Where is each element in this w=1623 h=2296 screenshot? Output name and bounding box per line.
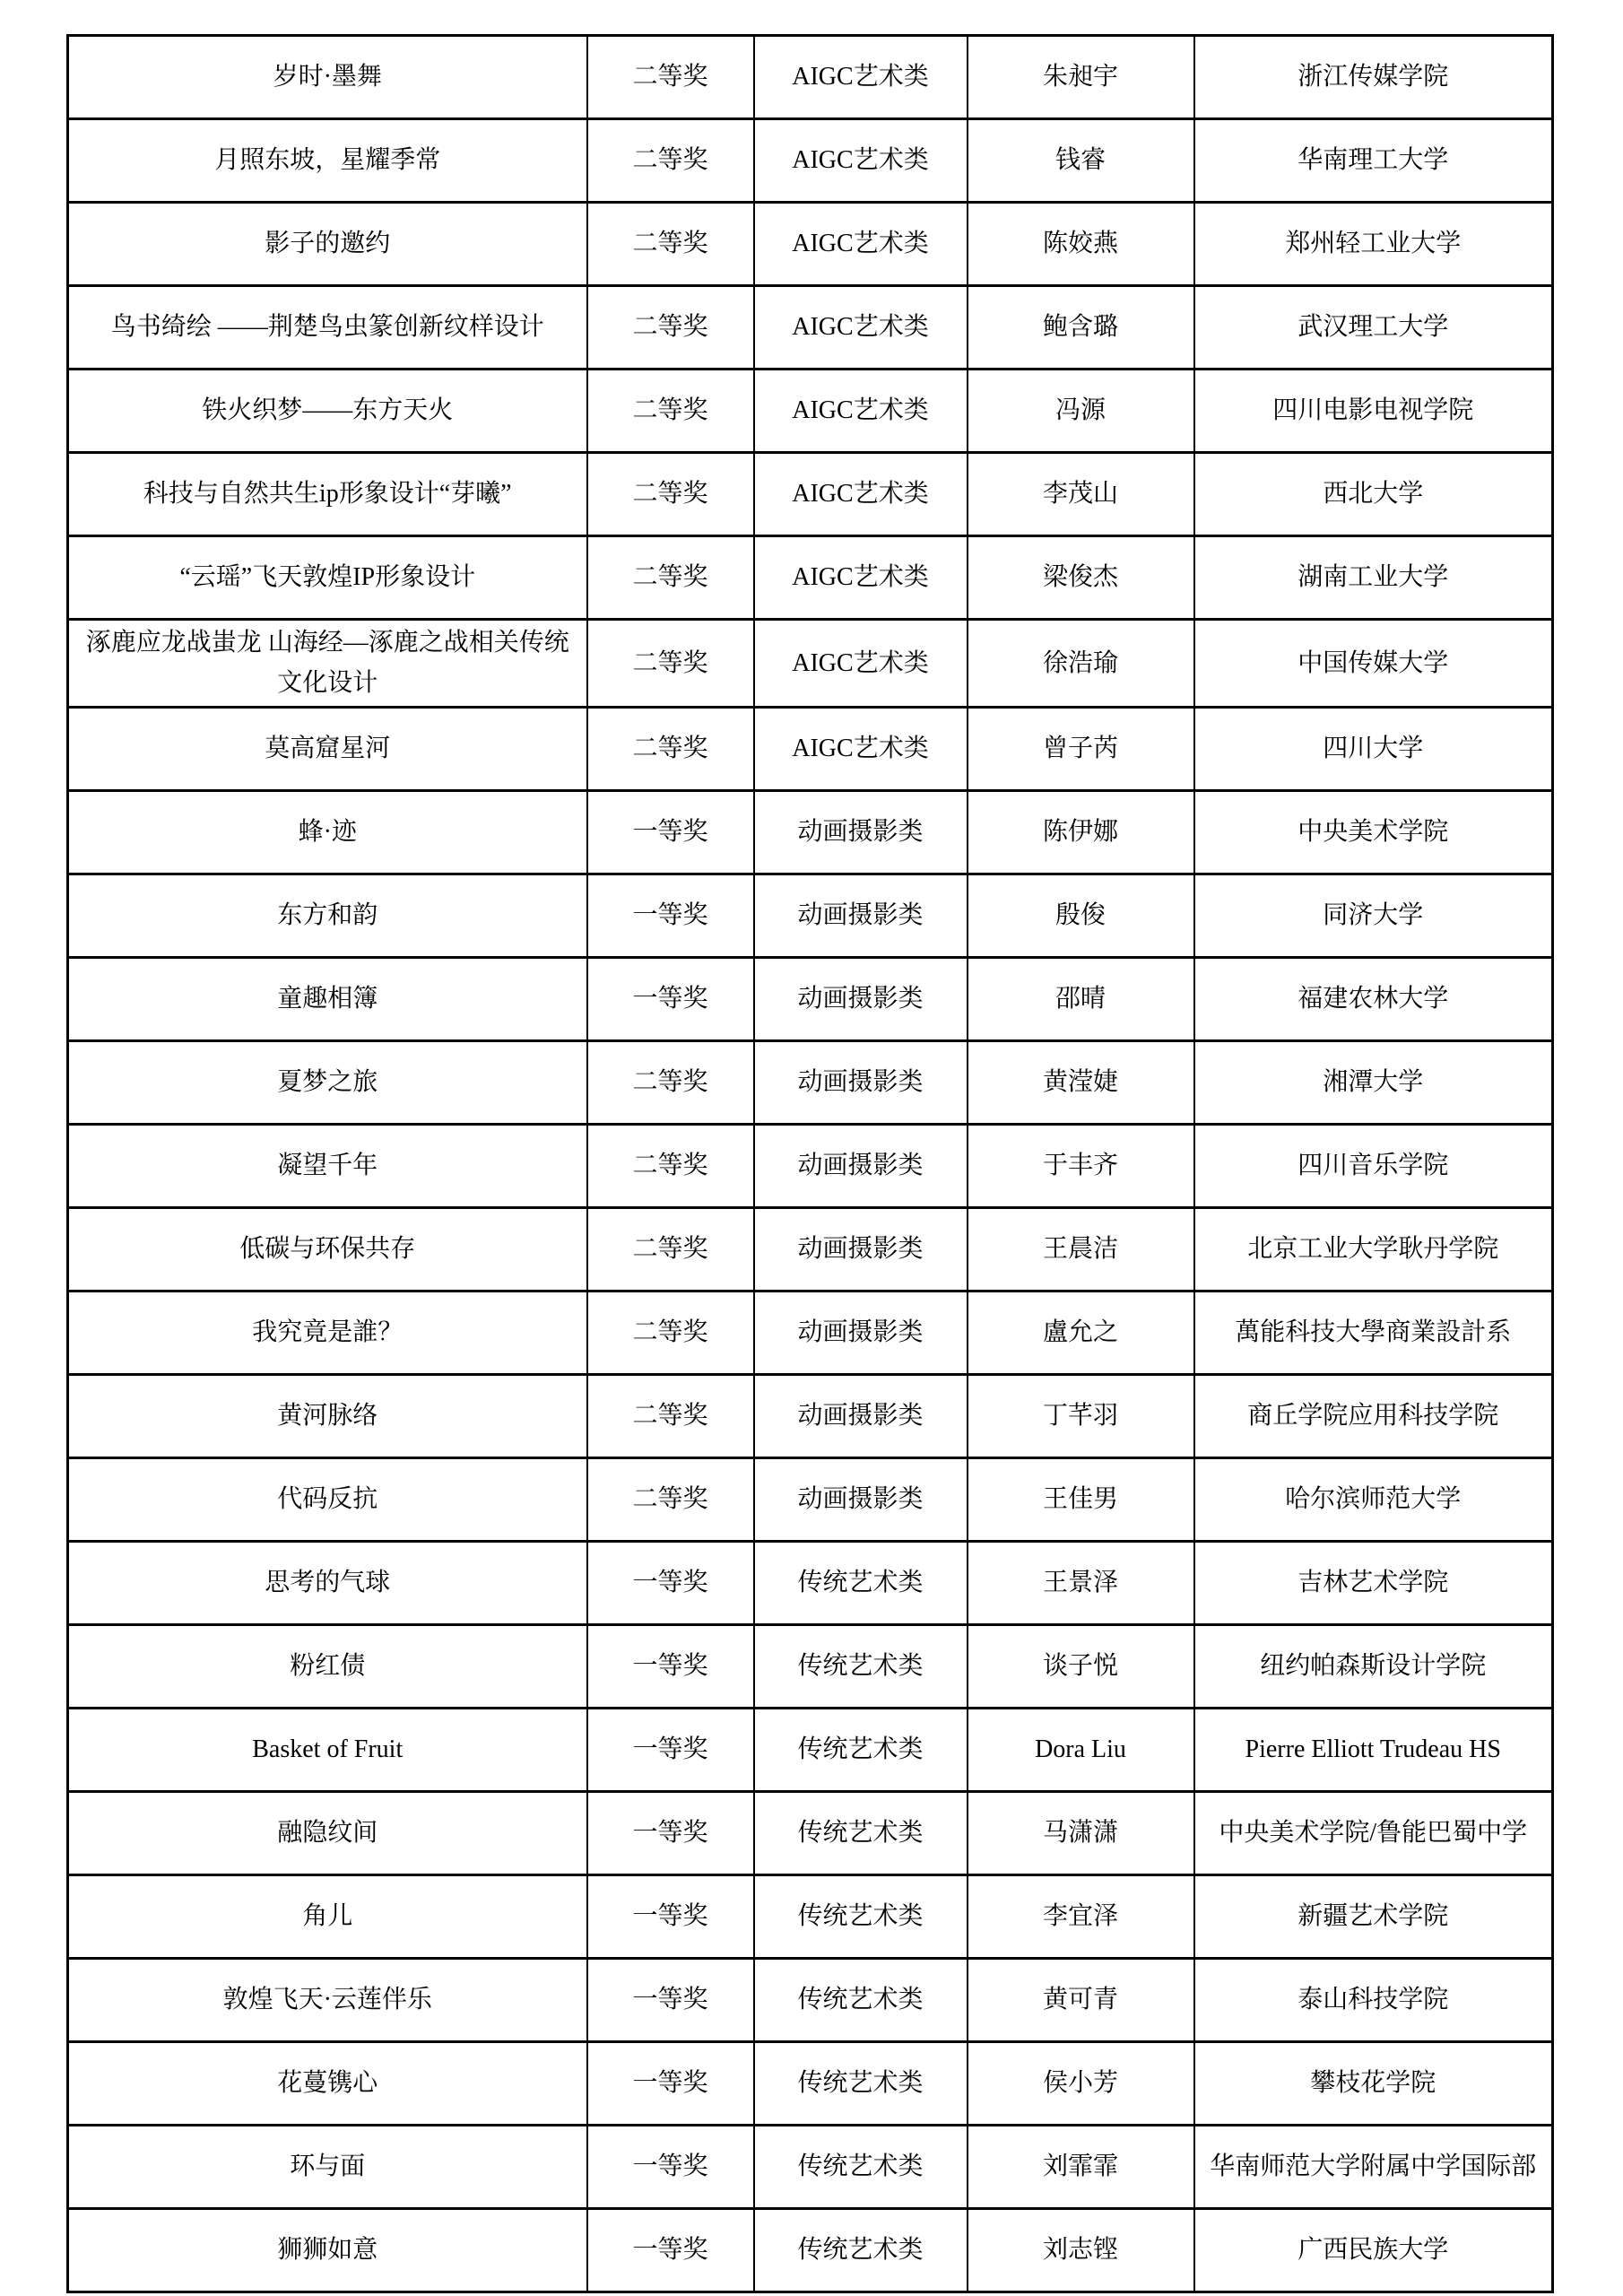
table-row: 科技与自然共生ip形象设计“芽曦” 二等奖 AIGC艺术类 李茂山 西北大学 [68, 453, 1553, 536]
work-title-cell: Basket of Fruit [68, 1708, 587, 1791]
work-title-cell: “云瑶”飞天敦煌IP形象设计 [68, 536, 587, 620]
award-level-cell: 一等奖 [587, 2125, 754, 2208]
category-cell: 动画摄影类 [754, 1207, 968, 1291]
award-level-cell: 一等奖 [587, 1624, 754, 1708]
author-cell: Dora Liu [968, 1708, 1194, 1791]
table-row: 环与面 一等奖 传统艺术类 刘霏霏 华南师范大学附属中学国际部 [68, 2125, 1553, 2208]
category-cell: 动画摄影类 [754, 1291, 968, 1374]
author-cell: 陈伊娜 [968, 790, 1194, 874]
school-cell: 郑州轻工业大学 [1194, 203, 1553, 286]
awards-table: 岁时·墨舞 二等奖 AIGC艺术类 朱昶宇 浙江传媒学院 月照东坡，星耀季常 二… [66, 34, 1554, 2293]
category-cell: 传统艺术类 [754, 1624, 968, 1708]
category-cell: AIGC艺术类 [754, 286, 968, 370]
work-title-cell: 影子的邀约 [68, 203, 587, 286]
table-row: 童趣相簿 一等奖 动画摄影类 邵晴 福建农林大学 [68, 957, 1553, 1040]
category-cell: 动画摄影类 [754, 1457, 968, 1541]
category-cell: AIGC艺术类 [754, 536, 968, 620]
work-title-cell: 铁火织梦——东方天火 [68, 370, 587, 453]
author-cell: 刘霏霏 [968, 2125, 1194, 2208]
work-title-cell: 环与面 [68, 2125, 587, 2208]
category-cell: 传统艺术类 [754, 1958, 968, 2041]
award-level-cell: 二等奖 [587, 1374, 754, 1457]
award-level-cell: 一等奖 [587, 1708, 754, 1791]
school-cell: 四川电影电视学院 [1194, 370, 1553, 453]
category-cell: AIGC艺术类 [754, 707, 968, 790]
table-row: 月照东坡，星耀季常 二等奖 AIGC艺术类 钱睿 华南理工大学 [68, 119, 1553, 203]
category-cell: 动画摄影类 [754, 1374, 968, 1457]
work-title-cell: 花蔓镌心 [68, 2041, 587, 2125]
award-level-cell: 二等奖 [587, 1457, 754, 1541]
work-title-cell: 月照东坡，星耀季常 [68, 119, 587, 203]
author-cell: 钱睿 [968, 119, 1194, 203]
category-cell: AIGC艺术类 [754, 203, 968, 286]
category-cell: 动画摄影类 [754, 790, 968, 874]
table-row: 莫高窟星河 二等奖 AIGC艺术类 曾子芮 四川大学 [68, 707, 1553, 790]
author-cell: 马潇潇 [968, 1791, 1194, 1874]
school-cell: 武汉理工大学 [1194, 286, 1553, 370]
award-level-cell: 一等奖 [587, 2041, 754, 2125]
table-row: 花蔓镌心 一等奖 传统艺术类 侯小芳 攀枝花学院 [68, 2041, 1553, 2125]
author-cell: 冯源 [968, 370, 1194, 453]
table-row: 狮狮如意 一等奖 传统艺术类 刘志铿 广西民族大学 [68, 2208, 1553, 2292]
award-level-cell: 二等奖 [587, 119, 754, 203]
school-cell: Pierre Elliott Trudeau HS [1194, 1708, 1553, 1791]
school-cell: 商丘学院应用科技学院 [1194, 1374, 1553, 1457]
work-title-cell: 融隐纹间 [68, 1791, 587, 1874]
school-cell: 北京工业大学耿丹学院 [1194, 1207, 1553, 1291]
award-level-cell: 二等奖 [587, 203, 754, 286]
school-cell: 浙江传媒学院 [1194, 36, 1553, 119]
award-level-cell: 二等奖 [587, 536, 754, 620]
category-cell: AIGC艺术类 [754, 36, 968, 119]
author-cell: 侯小芳 [968, 2041, 1194, 2125]
work-title-cell: 涿鹿应龙战蚩龙 山海经—涿鹿之战相关传统文化设计 [68, 620, 587, 708]
award-level-cell: 二等奖 [587, 453, 754, 536]
table-row: 蜂·迹 一等奖 动画摄影类 陈伊娜 中央美术学院 [68, 790, 1553, 874]
award-level-cell: 一等奖 [587, 1874, 754, 1958]
work-title-cell: 狮狮如意 [68, 2208, 587, 2292]
author-cell: 盧允之 [968, 1291, 1194, 1374]
table-row: 代码反抗 二等奖 动画摄影类 王佳男 哈尔滨师范大学 [68, 1457, 1553, 1541]
author-cell: 王佳男 [968, 1457, 1194, 1541]
award-level-cell: 二等奖 [587, 1124, 754, 1207]
table-row: “云瑶”飞天敦煌IP形象设计 二等奖 AIGC艺术类 梁俊杰 湖南工业大学 [68, 536, 1553, 620]
table-row: 敦煌飞天·云莲伴乐 一等奖 传统艺术类 黄可青 泰山科技学院 [68, 1958, 1553, 2041]
table-row: 鸟书绮绘 ——荆楚鸟虫篆创新纹样设计 二等奖 AIGC艺术类 鲍含璐 武汉理工大… [68, 286, 1553, 370]
award-level-cell: 一等奖 [587, 1958, 754, 2041]
award-level-cell: 一等奖 [587, 2208, 754, 2292]
author-cell: 于丰齐 [968, 1124, 1194, 1207]
school-cell: 萬能科技大學商業設計系 [1194, 1291, 1553, 1374]
category-cell: 动画摄影类 [754, 1124, 968, 1207]
author-cell: 王景泽 [968, 1541, 1194, 1624]
award-level-cell: 二等奖 [587, 370, 754, 453]
award-level-cell: 一等奖 [587, 1541, 754, 1624]
category-cell: 动画摄影类 [754, 957, 968, 1040]
work-title-cell: 童趣相簿 [68, 957, 587, 1040]
school-cell: 四川大学 [1194, 707, 1553, 790]
category-cell: AIGC艺术类 [754, 453, 968, 536]
category-cell: 传统艺术类 [754, 1708, 968, 1791]
author-cell: 徐浩瑜 [968, 620, 1194, 708]
work-title-cell: 科技与自然共生ip形象设计“芽曦” [68, 453, 587, 536]
school-cell: 新疆艺术学院 [1194, 1874, 1553, 1958]
category-cell: 动画摄影类 [754, 874, 968, 957]
award-level-cell: 一等奖 [587, 957, 754, 1040]
author-cell: 李茂山 [968, 453, 1194, 536]
school-cell: 中央美术学院/鲁能巴蜀中学 [1194, 1791, 1553, 1874]
table-row: 岁时·墨舞 二等奖 AIGC艺术类 朱昶宇 浙江传媒学院 [68, 36, 1553, 119]
work-title-cell: 粉红债 [68, 1624, 587, 1708]
category-cell: AIGC艺术类 [754, 620, 968, 708]
category-cell: 动画摄影类 [754, 1040, 968, 1124]
table-row: 影子的邀约 二等奖 AIGC艺术类 陈姣燕 郑州轻工业大学 [68, 203, 1553, 286]
table-row: 铁火织梦——东方天火 二等奖 AIGC艺术类 冯源 四川电影电视学院 [68, 370, 1553, 453]
author-cell: 曾子芮 [968, 707, 1194, 790]
author-cell: 黄滢婕 [968, 1040, 1194, 1124]
table-row: 融隐纹间 一等奖 传统艺术类 马潇潇 中央美术学院/鲁能巴蜀中学 [68, 1791, 1553, 1874]
award-level-cell: 二等奖 [587, 1040, 754, 1124]
category-cell: 传统艺术类 [754, 2125, 968, 2208]
school-cell: 湖南工业大学 [1194, 536, 1553, 620]
school-cell: 纽约帕森斯设计学院 [1194, 1624, 1553, 1708]
school-cell: 广西民族大学 [1194, 2208, 1553, 2292]
table-row: 思考的气球 一等奖 传统艺术类 王景泽 吉林艺术学院 [68, 1541, 1553, 1624]
author-cell: 邵晴 [968, 957, 1194, 1040]
award-level-cell: 二等奖 [587, 36, 754, 119]
table-row: 低碳与环保共存 二等奖 动画摄影类 王晨洁 北京工业大学耿丹学院 [68, 1207, 1553, 1291]
table-row: 我究竟是誰？ 二等奖 动画摄影类 盧允之 萬能科技大學商業設計系 [68, 1291, 1553, 1374]
category-cell: 传统艺术类 [754, 2208, 968, 2292]
work-title-cell: 代码反抗 [68, 1457, 587, 1541]
author-cell: 丁芊羽 [968, 1374, 1194, 1457]
work-title-cell: 黄河脉络 [68, 1374, 587, 1457]
work-title-cell: 敦煌飞天·云莲伴乐 [68, 1958, 587, 2041]
table-row: 黄河脉络 二等奖 动画摄影类 丁芊羽 商丘学院应用科技学院 [68, 1374, 1553, 1457]
category-cell: AIGC艺术类 [754, 370, 968, 453]
school-cell: 福建农林大学 [1194, 957, 1553, 1040]
work-title-cell: 角儿 [68, 1874, 587, 1958]
category-cell: 传统艺术类 [754, 1874, 968, 1958]
school-cell: 泰山科技学院 [1194, 1958, 1553, 2041]
award-level-cell: 二等奖 [587, 1291, 754, 1374]
school-cell: 中央美术学院 [1194, 790, 1553, 874]
table-row: 角儿 一等奖 传统艺术类 李宜泽 新疆艺术学院 [68, 1874, 1553, 1958]
school-cell: 西北大学 [1194, 453, 1553, 536]
author-cell: 黄可青 [968, 1958, 1194, 2041]
work-title-cell: 思考的气球 [68, 1541, 587, 1624]
table-row: 粉红债 一等奖 传统艺术类 谈子悦 纽约帕森斯设计学院 [68, 1624, 1553, 1708]
work-title-cell: 我究竟是誰？ [68, 1291, 587, 1374]
award-level-cell: 二等奖 [587, 707, 754, 790]
category-cell: 传统艺术类 [754, 2041, 968, 2125]
school-cell: 吉林艺术学院 [1194, 1541, 1553, 1624]
work-title-cell: 莫高窟星河 [68, 707, 587, 790]
award-level-cell: 一等奖 [587, 790, 754, 874]
author-cell: 王晨洁 [968, 1207, 1194, 1291]
document-page: 岁时·墨舞 二等奖 AIGC艺术类 朱昶宇 浙江传媒学院 月照东坡，星耀季常 二… [0, 0, 1623, 2296]
award-level-cell: 二等奖 [587, 286, 754, 370]
category-cell: 传统艺术类 [754, 1791, 968, 1874]
author-cell: 谈子悦 [968, 1624, 1194, 1708]
awards-table-body: 岁时·墨舞 二等奖 AIGC艺术类 朱昶宇 浙江传媒学院 月照东坡，星耀季常 二… [68, 36, 1553, 2292]
work-title-cell: 夏梦之旅 [68, 1040, 587, 1124]
school-cell: 华南理工大学 [1194, 119, 1553, 203]
author-cell: 殷俊 [968, 874, 1194, 957]
school-cell: 哈尔滨师范大学 [1194, 1457, 1553, 1541]
school-cell: 同济大学 [1194, 874, 1553, 957]
work-title-cell: 东方和韵 [68, 874, 587, 957]
author-cell: 鲍含璐 [968, 286, 1194, 370]
work-title-cell: 鸟书绮绘 ——荆楚鸟虫篆创新纹样设计 [68, 286, 587, 370]
table-row: 夏梦之旅 二等奖 动画摄影类 黄滢婕 湘潭大学 [68, 1040, 1553, 1124]
author-cell: 李宜泽 [968, 1874, 1194, 1958]
table-row: 涿鹿应龙战蚩龙 山海经—涿鹿之战相关传统文化设计 二等奖 AIGC艺术类 徐浩瑜… [68, 620, 1553, 708]
author-cell: 刘志铿 [968, 2208, 1194, 2292]
table-row: 凝望千年 二等奖 动画摄影类 于丰齐 四川音乐学院 [68, 1124, 1553, 1207]
school-cell: 湘潭大学 [1194, 1040, 1553, 1124]
table-row: 东方和韵 一等奖 动画摄影类 殷俊 同济大学 [68, 874, 1553, 957]
work-title-cell: 蜂·迹 [68, 790, 587, 874]
author-cell: 朱昶宇 [968, 36, 1194, 119]
category-cell: 传统艺术类 [754, 1541, 968, 1624]
table-row: Basket of Fruit 一等奖 传统艺术类 Dora Liu Pierr… [68, 1708, 1553, 1791]
work-title-cell: 岁时·墨舞 [68, 36, 587, 119]
award-level-cell: 一等奖 [587, 874, 754, 957]
award-level-cell: 一等奖 [587, 1791, 754, 1874]
category-cell: AIGC艺术类 [754, 119, 968, 203]
work-title-cell: 低碳与环保共存 [68, 1207, 587, 1291]
author-cell: 陈姣燕 [968, 203, 1194, 286]
school-cell: 中国传媒大学 [1194, 620, 1553, 708]
award-level-cell: 二等奖 [587, 1207, 754, 1291]
school-cell: 四川音乐学院 [1194, 1124, 1553, 1207]
school-cell: 攀枝花学院 [1194, 2041, 1553, 2125]
work-title-cell: 凝望千年 [68, 1124, 587, 1207]
school-cell: 华南师范大学附属中学国际部 [1194, 2125, 1553, 2208]
award-level-cell: 二等奖 [587, 620, 754, 708]
author-cell: 梁俊杰 [968, 536, 1194, 620]
